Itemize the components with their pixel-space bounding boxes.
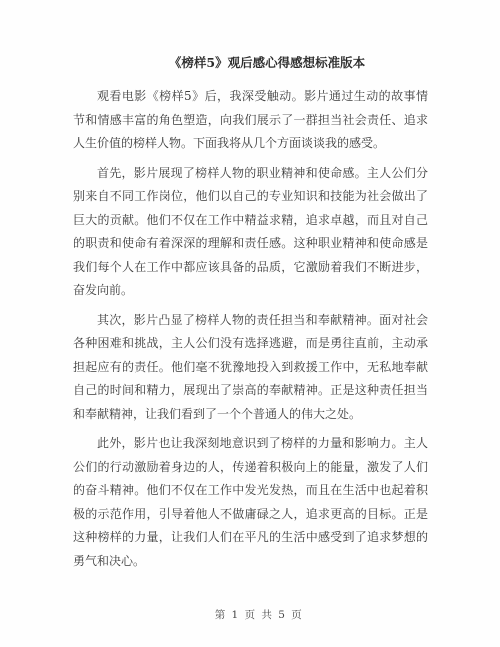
- paragraph-intro: 观看电影《榜样5》后，我深受触动。影片通过生动的故事情节和情感丰富的角色塑造，向…: [73, 85, 428, 156]
- document-title: 《榜样5》观后感心得感想标准版本: [17, 54, 500, 72]
- document-page: 《榜样5》观后感心得感想标准版本 观看电影《榜样5》后，我深受触动。影片通过生动…: [0, 0, 500, 647]
- paragraph-first-point: 首先，影片展现了榜样人物的职业精神和使命感。主人公们分别来自不同工作岗位，他们以…: [73, 162, 428, 303]
- paragraph-third-point: 此外，影片也让我深刻地意识到了榜样的力量和影响力。主人公们的行动激励着身边的人，…: [73, 432, 428, 573]
- page-number-footer: 第 1 页 共 5 页: [9, 608, 500, 622]
- document-body: 观看电影《榜样5》后，我深受触动。影片通过生动的故事情节和情感丰富的角色塑造，向…: [73, 85, 428, 573]
- paragraph-second-point: 其次，影片凸显了榜样人物的责任担当和奉献精神。面对社会各种困难和挑战，主人公们没…: [73, 309, 428, 427]
